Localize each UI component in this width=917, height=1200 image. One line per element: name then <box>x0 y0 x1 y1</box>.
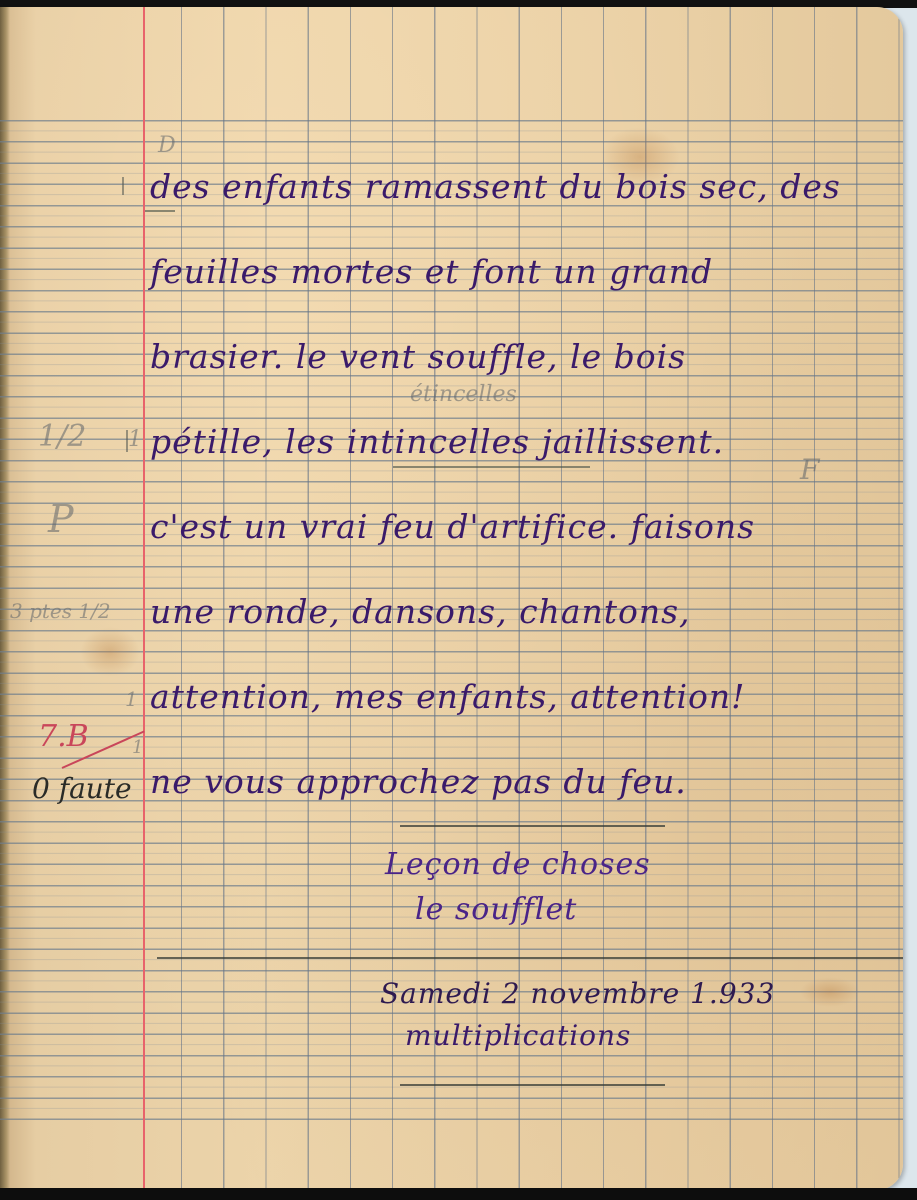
margin-count-2: 1 <box>125 687 138 711</box>
error-count-note: 0 faute <box>32 772 132 805</box>
dictation-line-5: c'est un vrai feu d'artifice. faisons <box>150 507 755 546</box>
lesson-title: Leçon de choses <box>385 847 651 882</box>
paper-stain <box>800 977 860 1007</box>
red-margin-line <box>143 7 145 1190</box>
grade-mark-p: P <box>48 497 74 541</box>
section-divider-short <box>400 825 665 827</box>
margin-count-1: 1 <box>128 427 142 452</box>
section-divider-long <box>157 957 903 959</box>
red-score: 7.B <box>38 719 89 754</box>
margin-tick-line-1 <box>122 177 124 195</box>
pencil-underline-des <box>145 210 175 212</box>
dictation-line-7: attention, mes enfants, attention! <box>150 677 745 716</box>
notebook-page: D des enfants ramassent du bois sec, des… <box>0 7 903 1190</box>
paper-stain <box>80 627 140 677</box>
dictation-line-2: feuilles mortes et font un grand <box>150 252 713 291</box>
date-subject: multiplications <box>405 1019 631 1052</box>
margin-count-3: 1 <box>132 737 143 758</box>
pencil-correction-etincelles: étincelles <box>410 382 517 407</box>
lesson-subject: le soufflet <box>415 892 577 927</box>
scan-bottom-border <box>0 1188 917 1200</box>
dictation-line-1: des enfants ramassent du bois sec, des <box>150 167 841 206</box>
dictation-line-6: une ronde, dansons, chantons, <box>150 592 691 631</box>
scanned-notebook-page: D des enfants ramassent du bois sec, des… <box>0 0 917 1200</box>
pencil-mark-f: F <box>800 453 819 486</box>
pencil-underline-intincelles <box>393 466 590 468</box>
date-heading: Samedi 2 novembre 1.933 <box>380 977 775 1010</box>
pencil-mark-top: D <box>158 133 176 158</box>
section-divider-bottom <box>400 1084 665 1086</box>
points-note: 3 ptes 1/2 <box>10 599 111 623</box>
grade-fraction: 1/2 <box>38 419 86 454</box>
dictation-line-4: pétille, les intincelles jaillissent. <box>150 422 724 461</box>
dictation-line-3: brasier. le vent souffle, le bois <box>150 337 686 376</box>
dictation-line-8: ne vous approchez pas du feu. <box>150 762 687 801</box>
